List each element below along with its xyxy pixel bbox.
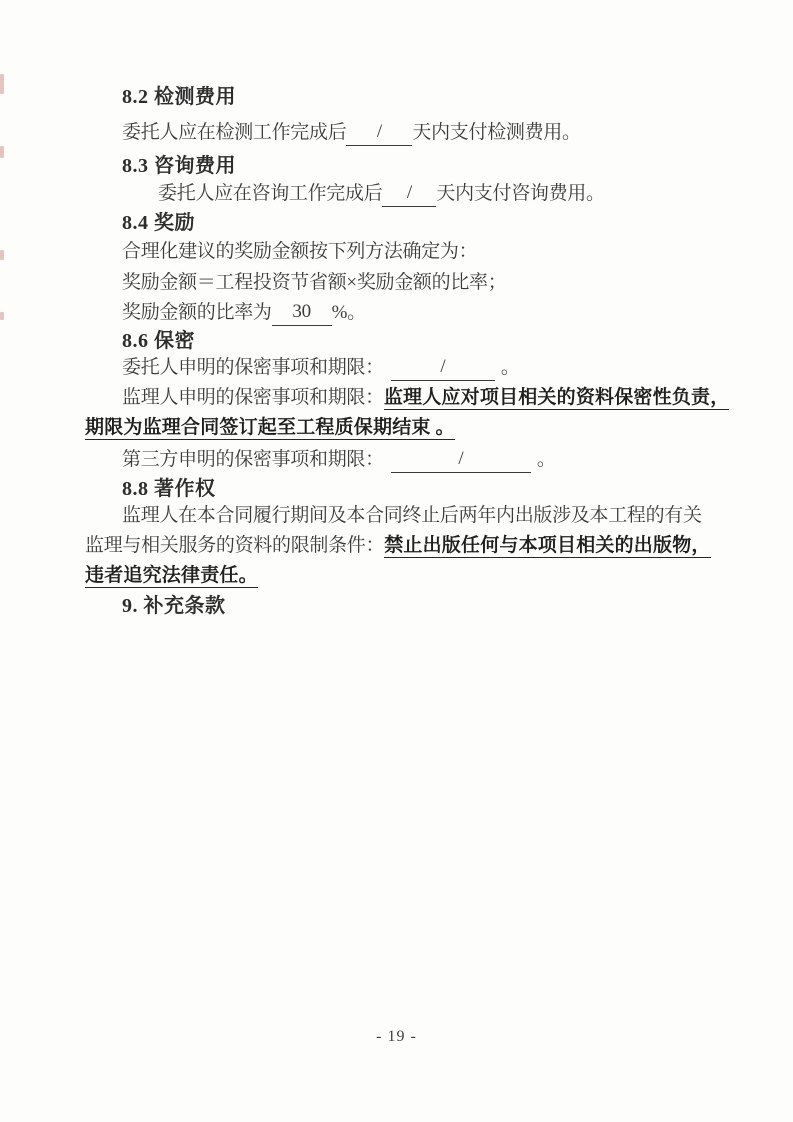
fill-in-blank: / bbox=[391, 354, 495, 381]
filled-text-publication-restriction: 禁止出版任何与本项目相关的出版物， bbox=[384, 535, 710, 558]
clause-text: 委托人应在检测工作完成后 bbox=[122, 122, 346, 143]
clause-8-6-supervisor-cont: 期限为监理合同签订起至工程质保期结束 。 bbox=[85, 413, 455, 443]
clause-text: 监理人申明的保密事项和期限： bbox=[122, 387, 384, 408]
clause-text: 第三方申明的保密事项和期限： bbox=[122, 449, 384, 470]
clause-8-2-body: 委托人应在检测工作完成后/天内支付检测费用。 bbox=[122, 118, 581, 148]
section-heading-8-8: 8.8 著作权 bbox=[122, 474, 216, 504]
section-heading-8-6: 8.6 保密 bbox=[122, 326, 195, 356]
scan-edge-artifact bbox=[0, 74, 4, 94]
clause-8-6-third-party: 第三方申明的保密事项和期限：/。 bbox=[122, 445, 556, 475]
clause-text: 。 bbox=[537, 449, 556, 470]
scan-edge-artifact bbox=[0, 312, 4, 320]
filled-text-confidentiality: 监理人应对项目相关的资料保密性负责， bbox=[384, 387, 730, 410]
clause-8-6-client: 委托人申明的保密事项和期限：/。 bbox=[122, 353, 520, 383]
clause-text: 。 bbox=[501, 357, 520, 378]
clause-8-4-line2: 奖励金额＝工程投资节省额×奖励金额的比率； bbox=[122, 268, 506, 298]
clause-8-8-line2: 监理与相关服务的资料的限制条件：禁止出版任何与本项目相关的出版物， bbox=[85, 531, 711, 561]
clause-8-6-supervisor: 监理人申明的保密事项和期限：监理人应对项目相关的资料保密性负责， bbox=[122, 383, 729, 413]
clause-8-3-body: 委托人应在咨询工作完成后/天内支付咨询费用。 bbox=[158, 179, 605, 209]
clause-text: 监理与相关服务的资料的限制条件： bbox=[85, 535, 384, 556]
scan-edge-artifact bbox=[0, 146, 4, 158]
clause-text: 天内支付检测费用。 bbox=[412, 122, 580, 143]
clause-8-8-line3: 违者追究法律责任。 bbox=[85, 561, 258, 591]
clause-text: 天内支付咨询费用。 bbox=[436, 183, 604, 204]
filled-text-confidentiality-cont: 期限为监理合同签订起至工程质保期结束 。 bbox=[85, 417, 455, 440]
filled-value-reward-rate: 30 bbox=[272, 299, 332, 326]
clause-text: 委托人申明的保密事项和期限： bbox=[122, 357, 384, 378]
scan-edge-artifact bbox=[0, 250, 4, 260]
clause-text: 委托人应在咨询工作完成后 bbox=[158, 183, 382, 204]
clause-text: %。 bbox=[332, 302, 366, 323]
scanned-contract-page: 8.2 检测费用 委托人应在检测工作完成后/天内支付检测费用。 8.3 咨询费用… bbox=[0, 0, 793, 1122]
clause-8-8-line1: 监理人在本合同履行期间及本合同终止后两年内出版涉及本工程的有关 bbox=[122, 501, 702, 531]
section-heading-8-4: 8.4 奖励 bbox=[122, 208, 195, 238]
section-heading-8-2: 8.2 检测费用 bbox=[122, 82, 236, 112]
fill-in-blank: / bbox=[346, 119, 412, 146]
clause-text: 奖励金额的比率为 bbox=[122, 302, 272, 323]
fill-in-blank: / bbox=[382, 180, 436, 207]
section-heading-8-3: 8.3 咨询费用 bbox=[122, 151, 236, 181]
filled-text-publication-restriction-cont: 违者追究法律责任。 bbox=[85, 565, 258, 588]
page-number: - 19 - bbox=[0, 1028, 793, 1046]
section-heading-9: 9. 补充条款 bbox=[122, 591, 226, 621]
clause-8-4-line3: 奖励金额的比率为30%。 bbox=[122, 298, 366, 328]
fill-in-blank: / bbox=[391, 446, 531, 473]
clause-8-4-line1: 合理化建议的奖励金额按下列方法确定为： bbox=[122, 237, 477, 267]
